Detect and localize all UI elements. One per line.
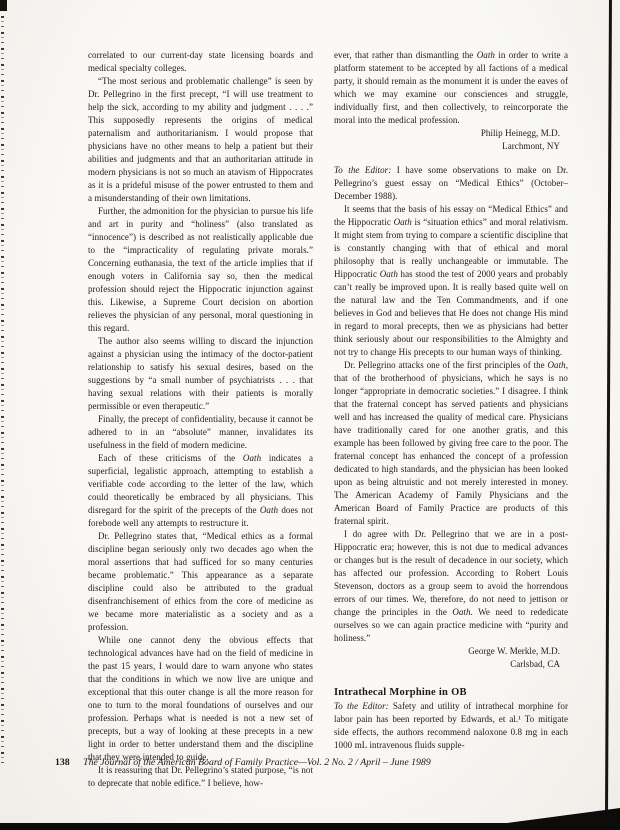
journal-page: correlated to our current-day state lice… (0, 0, 620, 830)
page-number: 138 (55, 757, 70, 768)
body-paragraph: The author also seems willing to discard… (88, 335, 313, 413)
body-paragraph: While one cannot deny the obvious effect… (88, 634, 313, 764)
scan-artifact-bottom-corner (500, 808, 620, 824)
letter-opening-paragraph: To the Editor: I have some observations … (334, 164, 568, 203)
left-text-column: correlated to our current-day state lice… (88, 49, 313, 790)
section-heading: Intrathecal Morphine in OB (334, 686, 568, 699)
letter-signature: George W. Merkle, M.D.Carlsbad, CA (334, 645, 568, 671)
to-the-editor-label: To the Editor: (334, 165, 391, 175)
right-text-column: ever, that rather than dismantling the O… (334, 49, 568, 752)
scan-artifact-left-edge (1, 0, 4, 768)
body-paragraph: ever, that rather than dismantling the O… (334, 49, 568, 127)
signature-location: Carlsbad, CA (334, 658, 560, 671)
scan-artifact-right-edge (605, 0, 612, 830)
letter-opening-paragraph: To the Editor: Safety and utility of int… (334, 700, 568, 752)
body-paragraph: “The most serious and problematic challe… (88, 75, 313, 205)
journal-citation: The Journal of the American Board of Fam… (83, 757, 431, 768)
body-paragraph: I do agree with Dr. Pellegrino that we a… (334, 528, 568, 645)
body-paragraph: correlated to our current-day state lice… (88, 49, 313, 75)
scan-artifact-bottom-edge (0, 823, 620, 830)
page-footer: 138 The Journal of the American Board of… (55, 757, 585, 769)
letter-signature: Philip Heinegg, M.D.Larchmont, NY (334, 127, 568, 153)
signature-name: George W. Merkle, M.D. (334, 645, 560, 658)
signature-name: Philip Heinegg, M.D. (334, 127, 560, 140)
body-paragraph: Finally, the precept of confidentiality,… (88, 413, 313, 452)
to-the-editor-label: To the Editor: (334, 701, 389, 711)
body-paragraph: Dr. Pellegrino attacks one of the first … (334, 359, 568, 528)
body-paragraph: Each of these criticisms of the Oath ind… (88, 452, 313, 530)
body-paragraph: Dr. Pellegrino states that, “Medical eth… (88, 530, 313, 634)
body-paragraph: Further, the admonition for the physicia… (88, 205, 313, 335)
signature-location: Larchmont, NY (334, 140, 560, 153)
body-paragraph: It seems that the basis of his essay on … (334, 203, 568, 359)
